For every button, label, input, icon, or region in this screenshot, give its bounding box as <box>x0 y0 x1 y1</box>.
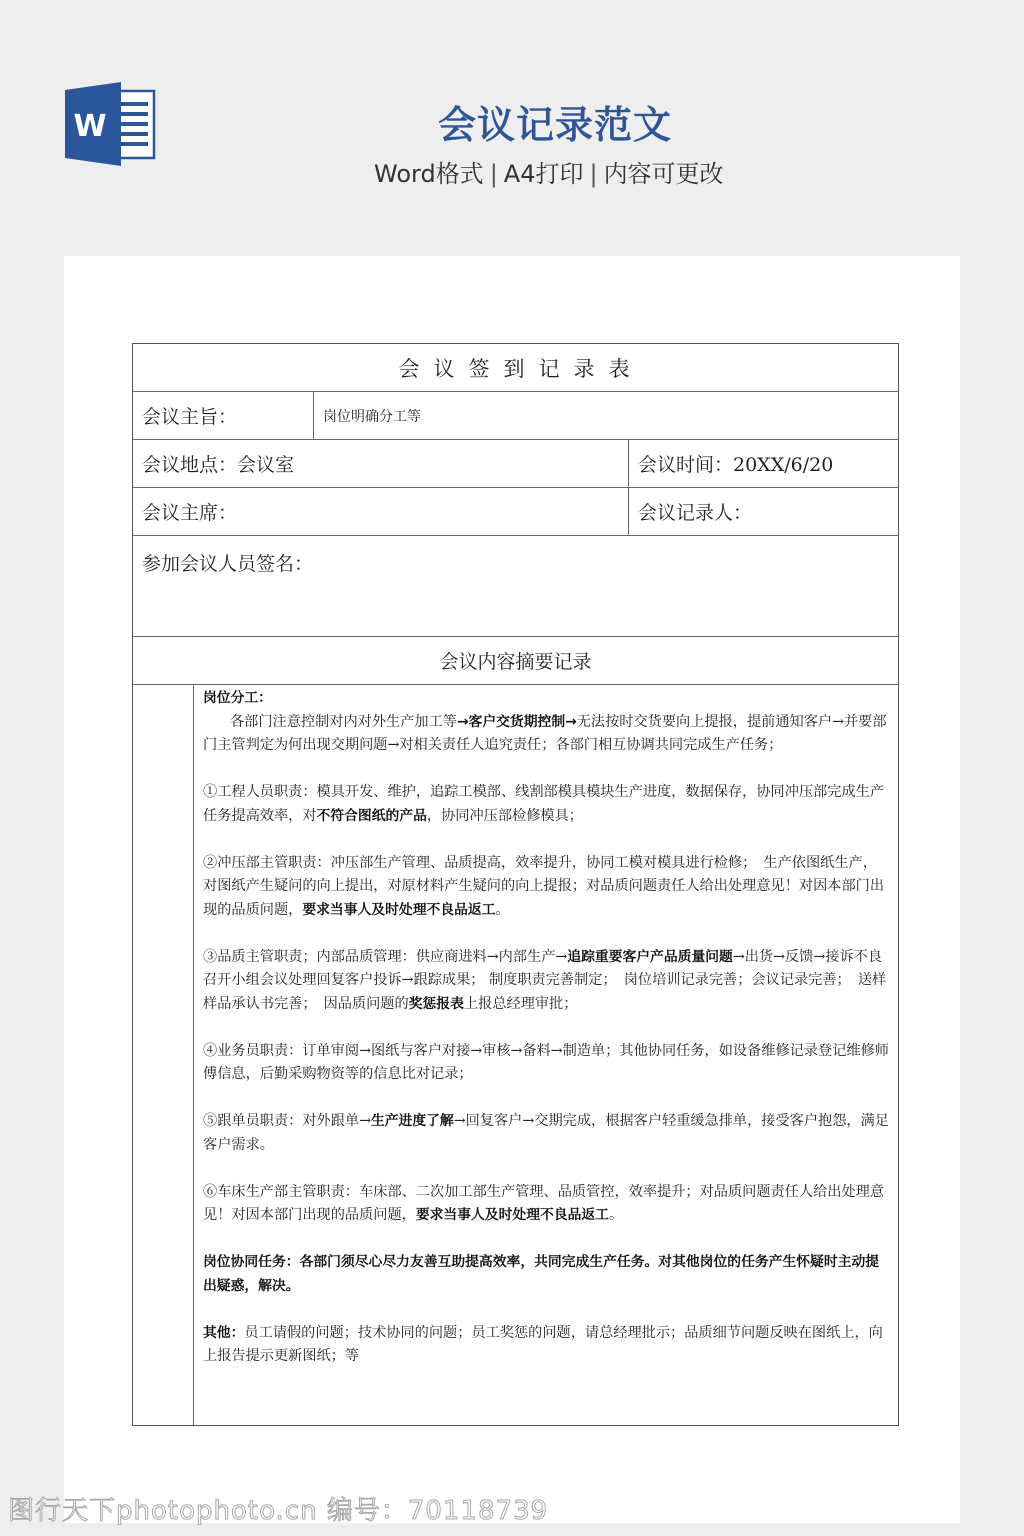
duty-item-quality: ③品质主管职责；内部品质管理：供应商进料→内部生产→追踪重要客户产品质量问题→出… <box>203 946 890 1017</box>
subtitle-separator: | <box>484 160 504 188</box>
summary-content: 岗位分工： 各部门注意控制对内对外生产加工等→客户交货期控制→无法按时交货要向上… <box>194 685 898 1425</box>
duty-item-engineering: ①工程人员职责：模具开发、维护，追踪工模部、线割部模具模块生产进度，数据保存，协… <box>203 781 890 828</box>
attendees-signature-field: 参加会议人员签名： <box>133 536 898 636</box>
other-paragraph: 其他：员工请假的问题；技术协同的问题；员工奖惩的问题，请总经理批示；品质细节问题… <box>203 1322 890 1369</box>
duty-item-sales: ④业务员职责：订单审阅→图纸与客户对接→审核→备料→制造单；其他协同任务，如设备… <box>203 1040 890 1087</box>
summary-heading-row: 会议内容摘要记录 <box>133 636 898 684</box>
meeting-record-table: 会议签到记录表 会议主旨： 岗位明确分工等 会议地点：会议室 会议时间：20XX… <box>132 343 899 1426</box>
location-field: 会议地点：会议室 <box>133 440 628 487</box>
table-title: 会议签到记录表 <box>133 344 898 391</box>
location-time-row: 会议地点：会议室 会议时间：20XX/6/20 <box>133 439 898 487</box>
summary-heading: 会议内容摘要记录 <box>133 637 898 684</box>
page-title: 会议记录范文 <box>340 94 770 149</box>
duty-item-lathe: ⑥车床生产部主管职责：车床部、二次加工部生产管理、品质管控，效率提升；对品质问题… <box>203 1181 890 1228</box>
time-field: 会议时间：20XX/6/20 <box>628 440 898 487</box>
subtitle-editable: 内容可更改 <box>604 160 724 188</box>
table-title-row: 会议签到记录表 <box>133 344 898 391</box>
chair-recorder-row: 会议主席： 会议记录人： <box>133 487 898 535</box>
chair-field: 会议主席： <box>133 488 628 535</box>
subtitle-format: Word格式 <box>374 160 484 188</box>
duty-item-merchandiser: ⑤跟单员职责：对外跟单→生产进度了解→回复客户→交期完成，根据客户轻重缓急排单，… <box>203 1110 890 1157</box>
intro-paragraph: 各部门注意控制对内对外生产加工等→客户交货期控制→无法按时交货要向上提报，提前通… <box>203 711 890 758</box>
subtitle-print: A4打印 <box>504 160 584 188</box>
recorder-field: 会议记录人： <box>628 488 898 535</box>
attendees-row: 参加会议人员签名： <box>133 535 898 636</box>
page-subtitle: Word格式|A4打印|内容可更改 <box>340 154 810 189</box>
division-heading: 岗位分工： <box>203 687 890 711</box>
cooperation-paragraph: 岗位协同任务：各部门须尽心尽力友善互助提高效率，共同完成生产任务。对其他岗位的任… <box>203 1251 890 1298</box>
word-doc-icon: W <box>65 82 157 166</box>
purpose-label: 会议主旨： <box>133 392 313 439</box>
watermark: 图行天下photophoto.cn 编号：70118739 <box>8 1490 548 1527</box>
summary-side-column <box>133 685 194 1425</box>
svg-text:W: W <box>73 109 106 144</box>
subtitle-separator: | <box>583 160 603 188</box>
duty-item-stamping: ②冲压部主管职责：冲压部生产管理、品质提高，效率提升，协同工模对模具进行检修； … <box>203 852 890 923</box>
purpose-row: 会议主旨： 岗位明确分工等 <box>133 391 898 439</box>
summary-body-row: 岗位分工： 各部门注意控制对内对外生产加工等→客户交货期控制→无法按时交货要向上… <box>133 684 898 1425</box>
purpose-value: 岗位明确分工等 <box>313 392 898 439</box>
